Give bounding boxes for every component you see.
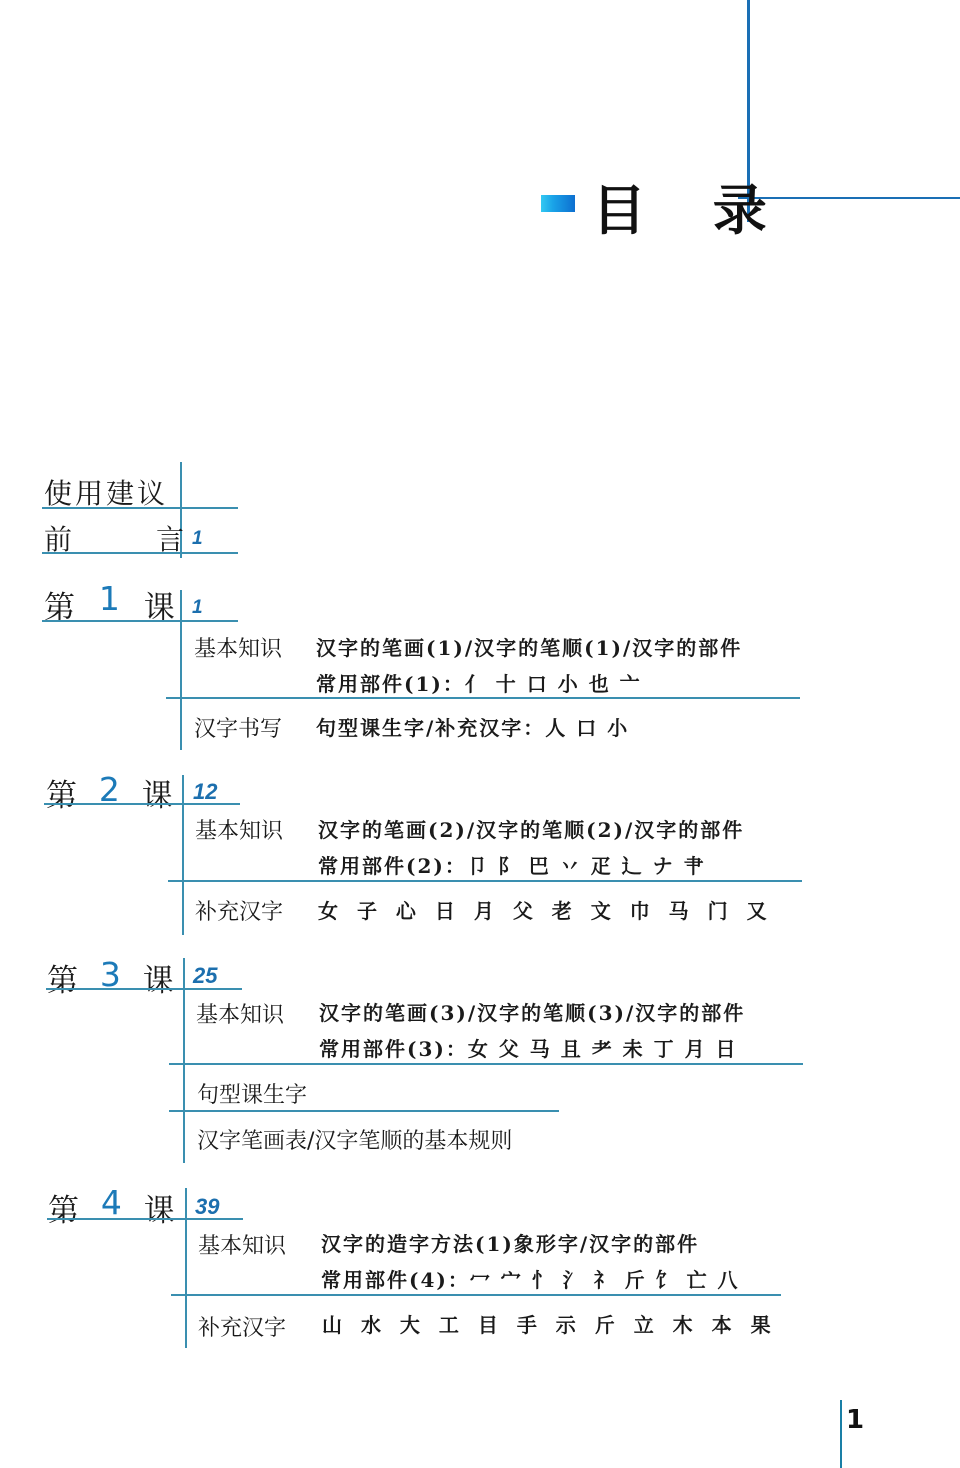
section-text[interactable]: 山 水 大 工 目 手 示 斤 立 木 本 果 xyxy=(322,1309,777,1338)
section-text[interactable]: 汉字的笔画(1)/汉字的笔顺(1)/汉字的部件 xyxy=(316,632,742,661)
page-ref-lesson-3[interactable]: 25 xyxy=(193,963,217,989)
lesson-suffix: 课 xyxy=(143,963,174,999)
section-text[interactable]: 汉字的笔画(2)/汉字的笔顺(2)/汉字的部件 xyxy=(318,814,744,843)
lesson-number: 4 xyxy=(101,1183,122,1222)
section-text[interactable]: 汉字的造字方法(1)象形字/汉字的部件 xyxy=(321,1228,699,1257)
lesson-3-divider xyxy=(183,958,185,1163)
section-text[interactable]: 汉字的笔画(3)/汉字的笔顺(3)/汉字的部件 xyxy=(319,997,745,1026)
rule xyxy=(42,552,238,554)
section-label: 基本知识 xyxy=(198,1229,286,1260)
page-number-rule xyxy=(840,1400,842,1468)
section-text[interactable]: 常用部件(1)：亻 十 口 小 也 亠 xyxy=(316,668,642,697)
rule xyxy=(46,988,242,990)
section-text[interactable]: 女 子 心 日 月 父 老 文 巾 马 门 又 xyxy=(318,895,773,924)
lesson-4-heading[interactable]: 第 4 课 xyxy=(48,1185,175,1230)
section-label: 基本知识 xyxy=(195,814,283,845)
rule xyxy=(166,697,800,699)
section-label: 基本知识 xyxy=(196,998,284,1029)
lesson-2-divider xyxy=(182,775,184,935)
lesson-suffix: 课 xyxy=(144,1193,175,1229)
lesson-4-divider xyxy=(185,1188,187,1348)
section-text[interactable]: 句型课生字 xyxy=(197,1078,307,1109)
page-ref-lesson-4[interactable]: 39 xyxy=(195,1194,219,1220)
toc-entry-usage-advice[interactable]: 使用建议 xyxy=(44,472,168,512)
page-ref-lesson-2[interactable]: 12 xyxy=(193,779,217,805)
rule xyxy=(44,803,240,805)
lesson-number: 1 xyxy=(99,579,120,618)
section-text[interactable]: 常用部件(2)：卩 阝 巴 丷 疋 辶 ナ 肀 xyxy=(318,850,706,879)
rule xyxy=(42,507,238,509)
section-text[interactable]: 汉字笔画表/汉字笔顺的基本规则 xyxy=(197,1124,512,1155)
section-text[interactable]: 常用部件(3)：女 父 马 且 耂 未 丁 月 日 xyxy=(319,1033,738,1062)
section-text[interactable]: 句型课生字/补充汉字：人 口 小 xyxy=(316,712,629,741)
section-label: 汉字书写 xyxy=(194,712,282,743)
page-number: 1 xyxy=(846,1405,864,1435)
rule xyxy=(168,880,802,882)
section-text[interactable]: 常用部件(4)：冖 宀 忄 氵 礻 斤 饣 亡 八 xyxy=(321,1264,740,1293)
lesson-prefix: 第 xyxy=(47,963,78,999)
lesson-prefix: 第 xyxy=(48,1193,79,1229)
lesson-suffix: 课 xyxy=(142,778,173,814)
lesson-3-heading[interactable]: 第 3 课 xyxy=(47,955,174,1000)
rule xyxy=(47,1218,243,1220)
lesson-2-heading[interactable]: 第 2 课 xyxy=(46,770,173,815)
page-title: 目 录 xyxy=(592,168,791,245)
rule xyxy=(169,1063,803,1065)
lesson-1-divider xyxy=(180,590,182,750)
page-ref-lesson-1[interactable]: 1 xyxy=(192,597,203,619)
rule xyxy=(42,620,238,622)
title-accent-bar xyxy=(541,195,575,212)
section-label: 补充汉字 xyxy=(198,1311,286,1342)
section-label: 基本知识 xyxy=(194,632,282,663)
page-ref-preface[interactable]: 1 xyxy=(192,528,203,550)
lesson-prefix: 第 xyxy=(46,778,77,814)
rule xyxy=(171,1294,781,1296)
rule xyxy=(169,1110,559,1112)
section-label: 补充汉字 xyxy=(195,895,283,926)
